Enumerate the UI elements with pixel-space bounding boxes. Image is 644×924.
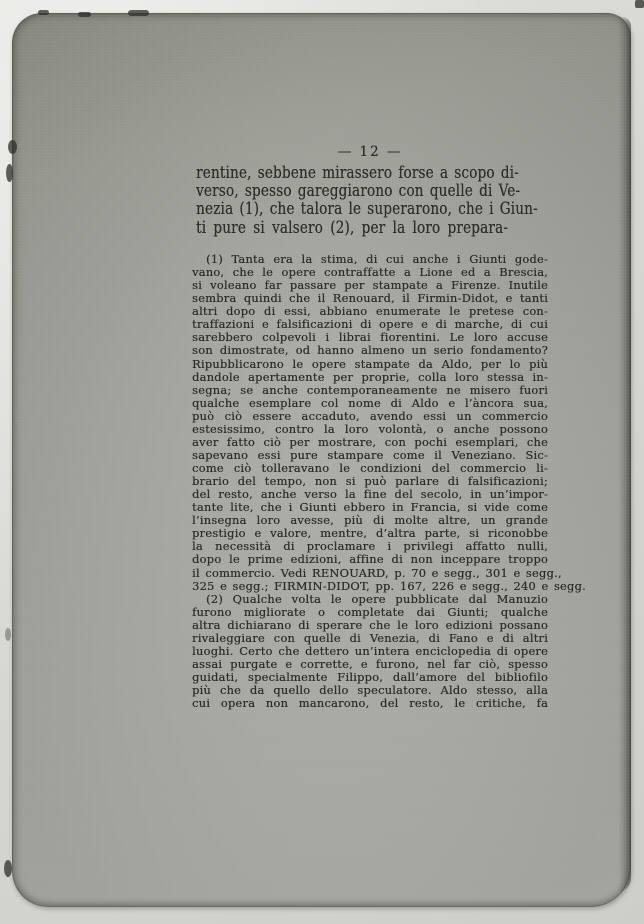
page-number: — 12 — bbox=[192, 144, 548, 160]
text-line: altra dichiarano di sperare che le loro … bbox=[192, 619, 548, 632]
text-line: nezia (1), che talora le superarono, che… bbox=[196, 200, 508, 218]
book-page: — 12 — rentine, sebbene mirassero forse … bbox=[12, 13, 631, 907]
text-line: luoghi. Certo che dettero un’intera enci… bbox=[192, 645, 548, 658]
text-line: 325 e segg.; FIRMIN-DIDOT, pp. 167, 226 … bbox=[192, 580, 548, 593]
footnotes-block: (1) Tanta era la stima, di cui anche i G… bbox=[192, 253, 548, 710]
page-edge-mark bbox=[78, 12, 91, 17]
text-line: Ripubblicarono le opere stampate da Aldo… bbox=[192, 358, 548, 371]
binding-mark bbox=[4, 860, 12, 877]
binding-mark bbox=[6, 164, 13, 182]
binding-mark bbox=[5, 628, 11, 641]
main-text-paragraph: rentine, sebbene mirassero forse a scopo… bbox=[196, 164, 508, 237]
text-line: qualche esemplare col nome di Aldo e l’à… bbox=[192, 397, 548, 410]
text-line: il commercio. Vedi RENOUARD, p. 70 e seg… bbox=[192, 567, 548, 580]
scan-backdrop: — 12 — rentine, sebbene mirassero forse … bbox=[0, 0, 644, 924]
text-line: rentine, sebbene mirassero forse a scopo… bbox=[196, 164, 508, 182]
text-line: (2) Qualche volta le opere pubblicate da… bbox=[192, 593, 548, 606]
binding-mark bbox=[8, 140, 17, 154]
text-line: furono migliorate o completate dai Giunt… bbox=[192, 606, 548, 619]
text-line: cui opera non mancarono, del resto, le c… bbox=[192, 697, 548, 710]
text-line: aver fatto ciò per mostrare, con pochi e… bbox=[192, 436, 548, 449]
footnote-1: (1) Tanta era la stima, di cui anche i G… bbox=[192, 253, 548, 593]
text-line: estesissimo, contro la loro volontà, o a… bbox=[192, 423, 548, 436]
text-line: segna; se anche contemporaneamente ne mi… bbox=[192, 384, 548, 397]
text-line: dopo le prime edizioni, affine di non in… bbox=[192, 553, 548, 566]
page-edge-mark bbox=[635, 0, 644, 8]
page-edge-mark bbox=[38, 10, 49, 15]
page-right-edge-shadow bbox=[616, 17, 631, 893]
text-line: può ciò essere accaduto, avendo essi un … bbox=[192, 410, 548, 423]
text-line: dandole apertamente per proprie, colla l… bbox=[192, 371, 548, 384]
text-line: rivaleggiare con quelle di Venezia, di F… bbox=[192, 632, 548, 645]
text-line: son dimostrate, od hanno almeno un serio… bbox=[192, 344, 548, 357]
footnote-2: (2) Qualche volta le opere pubblicate da… bbox=[192, 593, 548, 711]
page-edge-mark bbox=[128, 10, 149, 16]
text-line: verso, spesso gareggiarono con quelle di… bbox=[196, 182, 508, 200]
text-line: ti pure si valsero (2), per la loro prep… bbox=[196, 219, 508, 237]
